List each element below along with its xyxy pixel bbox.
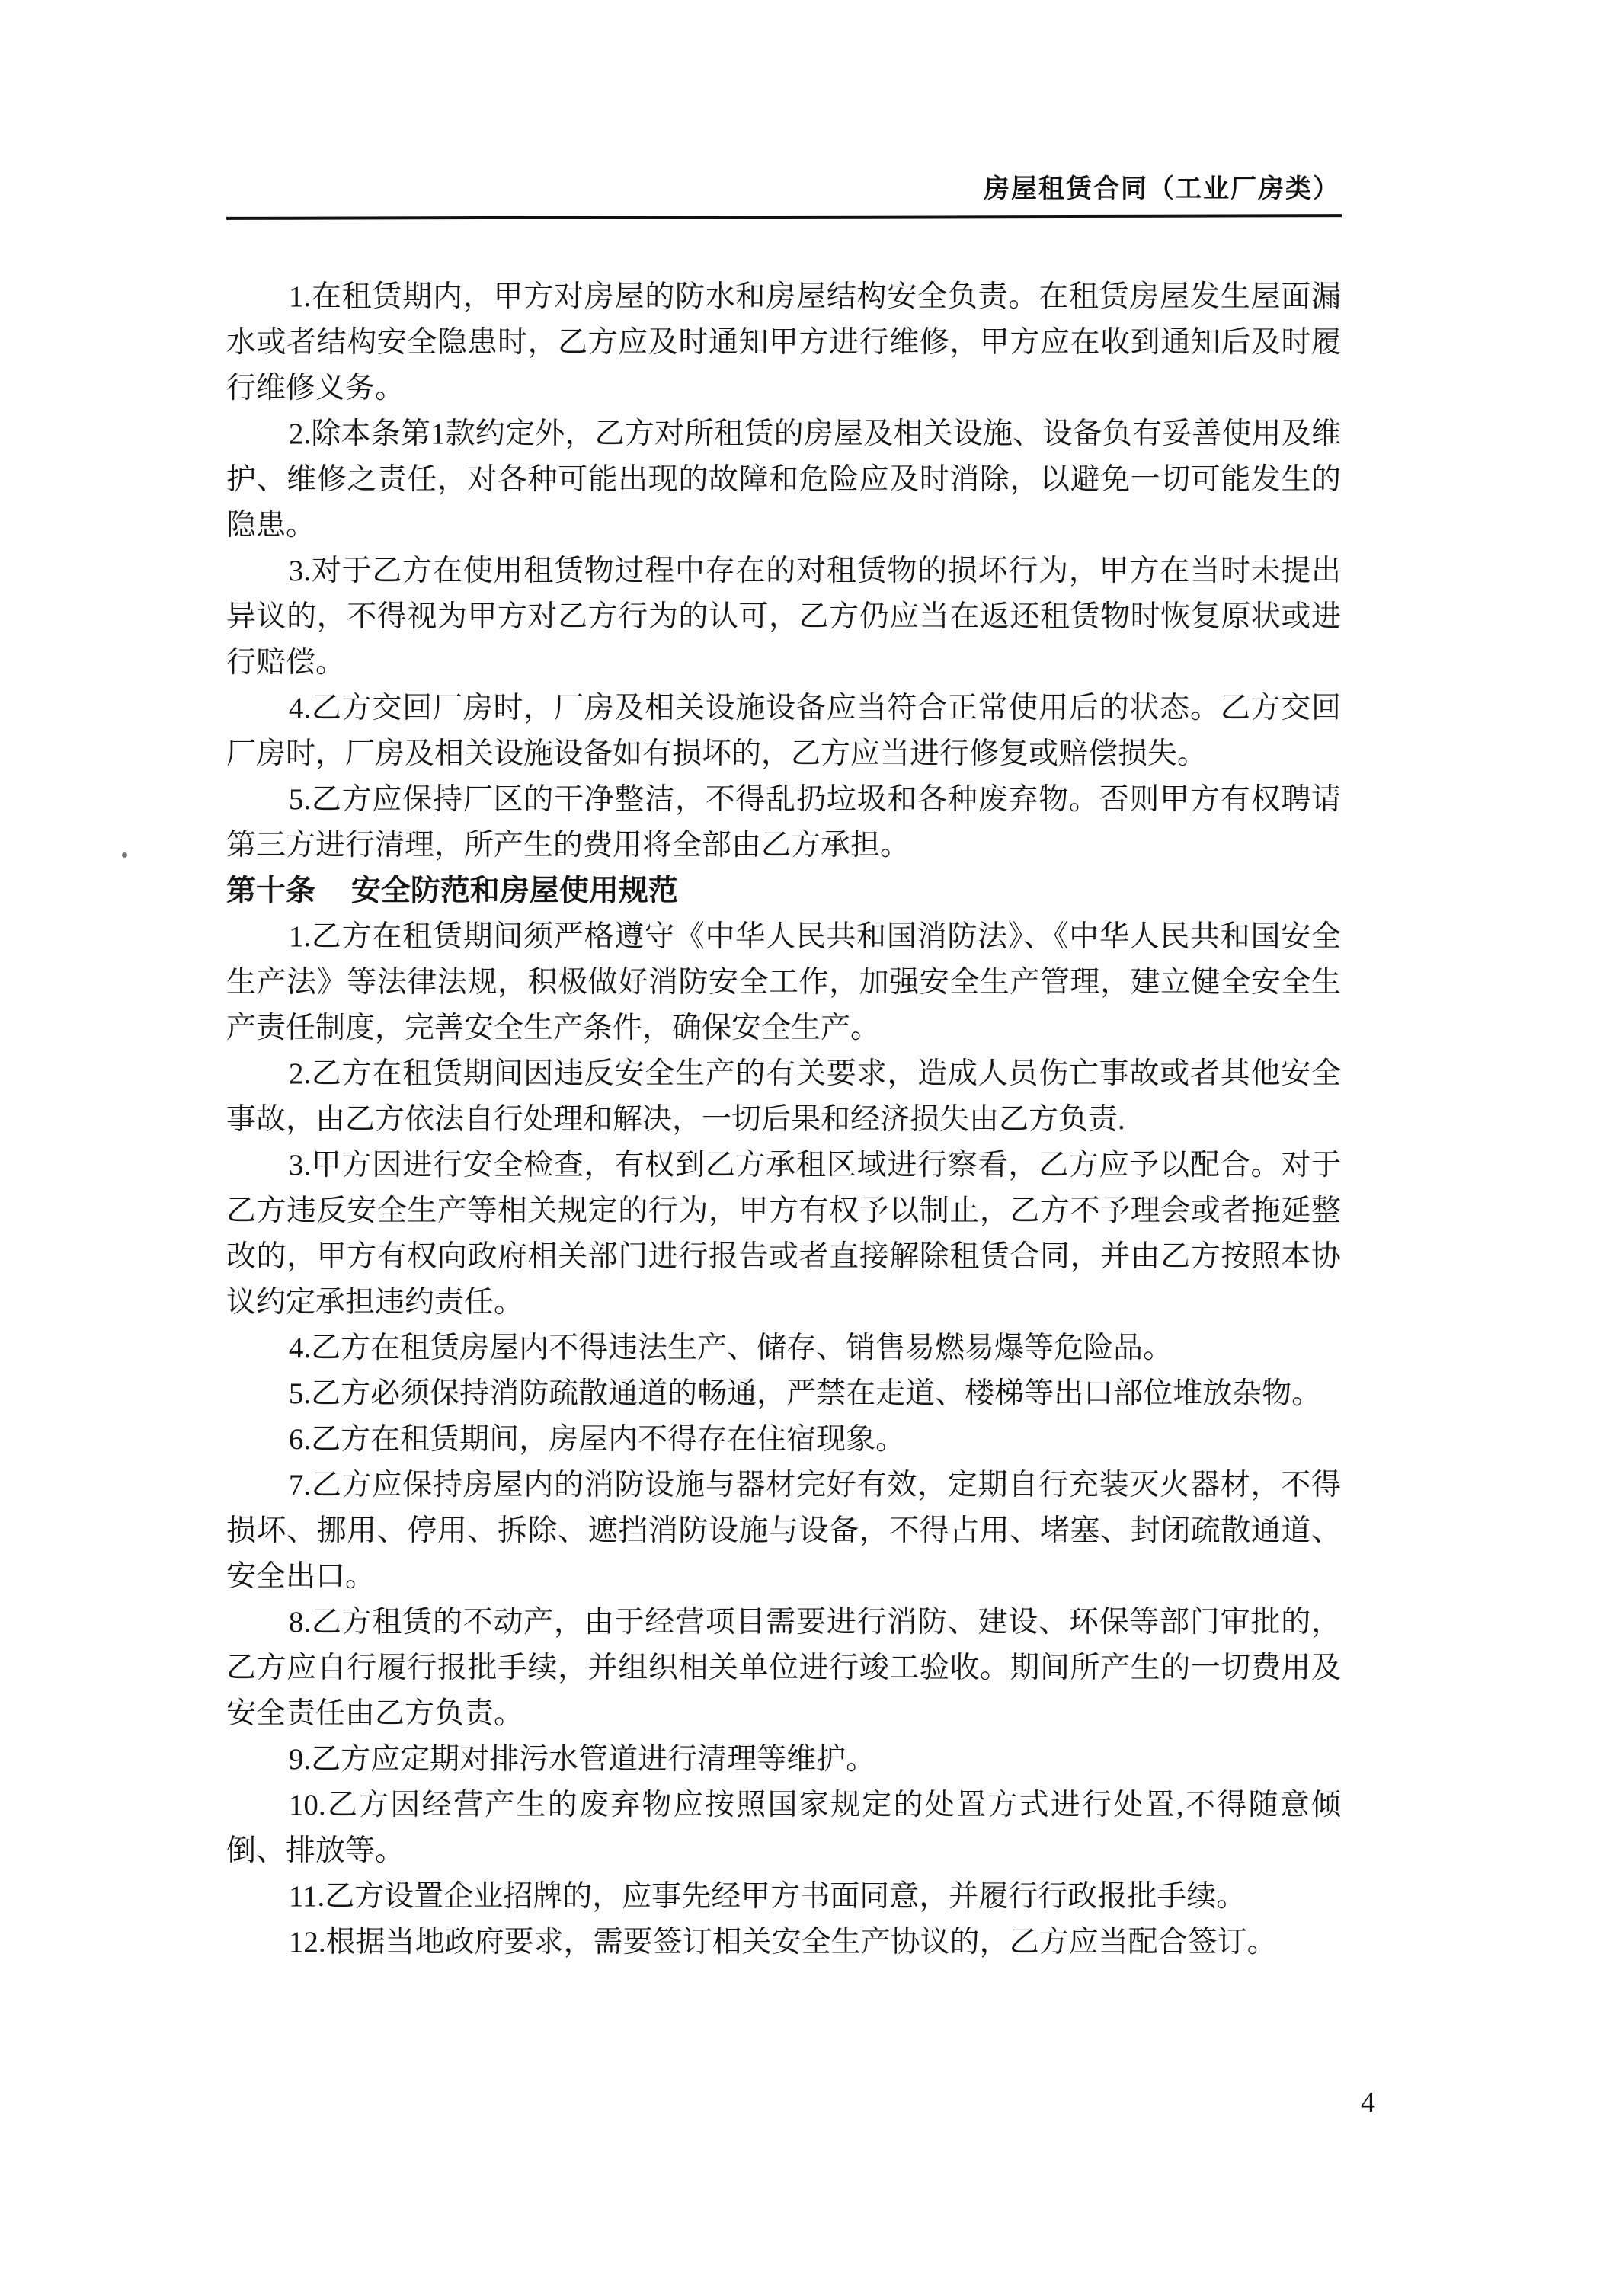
page-number: 4: [1361, 2086, 1375, 2119]
paragraph: 11.乙方设置企业招牌的，应事先经甲方书面同意，并履行行政报批手续。: [226, 1874, 1341, 1920]
paragraph: 8.乙方租赁的不动产，由于经营项目需要进行消防、建设、环保等部门审批的，乙方应自…: [226, 1600, 1341, 1737]
paragraph: 10.乙方因经营产生的废弃物应按照国家规定的处置方式进行处置,不得随意倾倒、排放…: [226, 1783, 1341, 1874]
paragraph: 5.乙方必须保持消防疏散通道的畅通，严禁在走道、楼梯等出口部位堆放杂物。: [226, 1371, 1341, 1417]
paragraph: 6.乙方在租赁期间，房屋内不得存在住宿现象。: [226, 1417, 1341, 1463]
clause-heading: 第十条安全防范和房屋使用规范: [226, 868, 1341, 914]
contract-body: 1.在租赁期内，甲方对房屋的防水和房屋结构安全负责。在租赁房屋发生屋面漏水或者结…: [226, 274, 1341, 1965]
paragraph: 3.对于乙方在使用租赁物过程中存在的对租赁物的损坏行为，甲方在当时未提出异议的，…: [226, 548, 1341, 686]
header-rule: [226, 214, 1342, 220]
scan-speck: [122, 852, 127, 858]
paragraph: 4.乙方交回厂房时，厂房及相关设施设备应当符合正常使用后的状态。乙方交回厂房时，…: [226, 686, 1341, 777]
paragraph: 3.甲方因进行安全检查，有权到乙方承租区域进行察看，乙方应予以配合。对于乙方违反…: [226, 1143, 1341, 1325]
paragraph: 12.根据当地政府要求，需要签订相关安全生产协议的，乙方应当配合签订。: [226, 1920, 1341, 1965]
paragraph: 9.乙方应定期对排污水管道进行清理等维护。: [226, 1737, 1341, 1783]
paragraph: 1.在租赁期内，甲方对房屋的防水和房屋结构安全负责。在租赁房屋发生屋面漏水或者结…: [226, 274, 1341, 411]
paragraph: 5.乙方应保持厂区的干净整洁，不得乱扔垃圾和各种废弃物。否则甲方有权聘请第三方进…: [226, 777, 1341, 868]
paragraph: 1.乙方在租赁期间须严格遵守《中华人民共和国消防法》、《中华人民共和国安全生产法…: [226, 914, 1341, 1051]
clause-title: 安全防范和房屋使用规范: [351, 875, 678, 907]
paragraph: 2.乙方在租赁期间因违反安全生产的有关要求，造成人员伤亡事故或者其他安全事故，由…: [226, 1051, 1341, 1143]
clause-number: 第十条: [226, 875, 315, 907]
paragraph: 7.乙方应保持房屋内的消防设施与器材完好有效，定期自行充装灭火器材，不得损坏、挪…: [226, 1463, 1341, 1600]
paragraph: 2.除本条第1款约定外，乙方对所租赁的房屋及相关设施、设备负有妥善使用及维护、维…: [226, 411, 1341, 548]
paragraph: 4.乙方在租赁房屋内不得违法生产、储存、销售易燃易爆等危险品。: [226, 1325, 1341, 1371]
contract-page: 房屋租赁合同（工业厂房类） 1.在租赁期内，甲方对房屋的防水和房屋结构安全负责。…: [0, 0, 1616, 2296]
header-title: 房屋租赁合同（工业厂房类）: [984, 168, 1340, 205]
